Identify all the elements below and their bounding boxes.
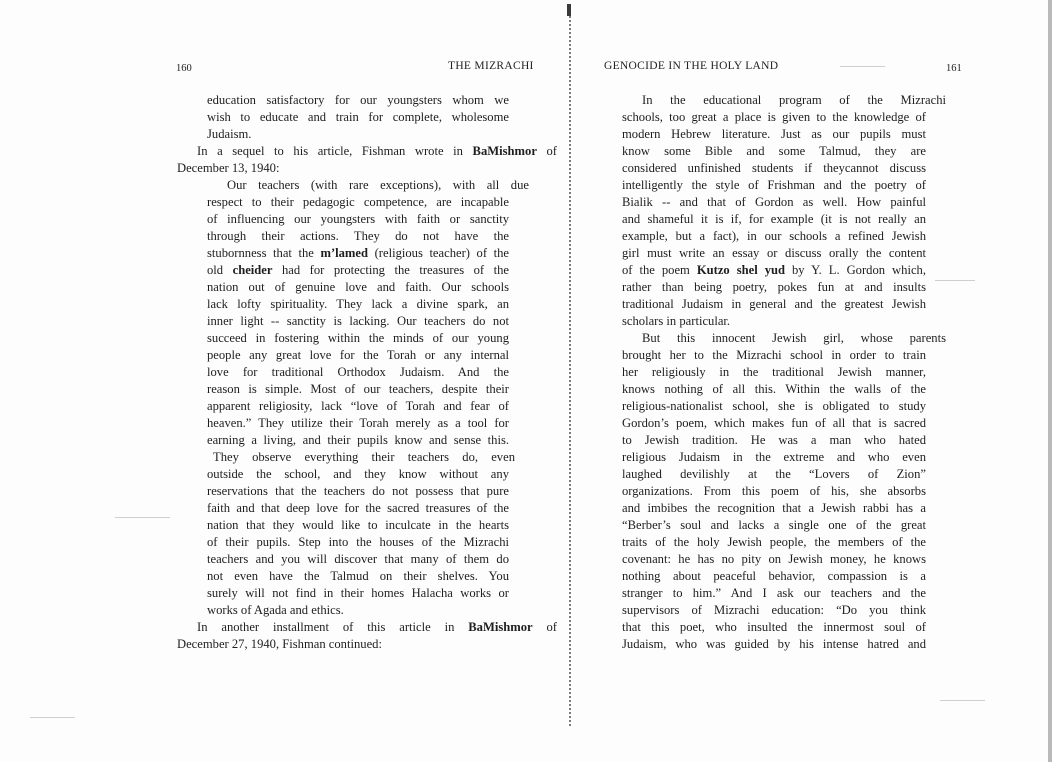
text-line: They observe everything their teachers d…: [207, 449, 515, 466]
text-line: traits of the holy Jewish people, the me…: [622, 534, 926, 551]
text-line: “Berber’s soul and lacks a single one of…: [622, 517, 926, 534]
body-text: In the educational program of the Mizrac…: [622, 92, 926, 653]
book-spread: 160 THE MIZRACHI education satisfactory …: [0, 0, 1052, 762]
text-line: heaven.” They utilize their Torah merely…: [207, 415, 509, 432]
text-line: wish to educate and train for complete, …: [207, 109, 509, 126]
text-line: religious Judaism in the extreme and who…: [622, 449, 926, 466]
text-line: works of Agada and ethics.: [207, 602, 509, 619]
block-quote: Our teachers (with rare exceptions), wit…: [177, 177, 537, 619]
text-line: surely will not find in their homes Hala…: [207, 585, 509, 602]
text-line: know some Bible and some Talmud, they ar…: [622, 143, 926, 160]
text-line: considered unfinished students if theyca…: [622, 160, 926, 177]
text-line: succeed in fostering within the minds of…: [207, 330, 509, 347]
text-line: covenant: he has no pity on Jewish money…: [622, 551, 926, 568]
text-line: intelligently the style of Frishman and …: [622, 177, 926, 194]
page-number: 160: [176, 63, 192, 74]
text-line: and shameful it is if, for example (it i…: [622, 211, 926, 228]
text-line: modern Hebrew literature. Just as our pu…: [622, 126, 926, 143]
running-head: THE MIZRACHI: [448, 60, 534, 72]
scan-speck: [30, 717, 75, 718]
text-line: December 13, 1940:: [177, 160, 537, 177]
text-line: reason is simple. Most of our teachers, …: [207, 381, 509, 398]
text-line: people any great love for the Torah or a…: [207, 347, 509, 364]
emphasized-title: BaMishmor: [468, 620, 532, 634]
page-number: 161: [946, 63, 962, 74]
text-line: respect to their pedagogic competence, a…: [207, 194, 509, 211]
text-line: rather than being poetry, pokes fun at a…: [622, 279, 926, 296]
text-line: of the poem Kutzo shel yud by Y. L. Gord…: [622, 262, 926, 279]
text-line: Our teachers (with rare exceptions), wit…: [207, 177, 529, 194]
text-line: lack lofty spirituality. They lack a div…: [207, 296, 509, 313]
text-line: through their actions. They do not have …: [207, 228, 509, 245]
text-line: stubornness that the m’lamed (religious …: [207, 245, 509, 262]
text-line: nation out of genuine love and faith. Ou…: [207, 279, 509, 296]
text-line: In the educational program of the Mizrac…: [622, 92, 946, 109]
gutter-binding-mark: [567, 4, 571, 16]
text-line: schools, too great a place is given to t…: [622, 109, 926, 126]
text-line: Bialik -- and that of Gordon as well. Ho…: [622, 194, 926, 211]
scan-speck: [840, 66, 885, 67]
text-line: example, but a fact), in our schools a r…: [622, 228, 926, 245]
text-line: faith and that deep love for the sacred …: [207, 500, 509, 517]
running-head: GENOCIDE IN THE HOLY LAND: [604, 60, 778, 72]
text-line: Gordon’s poem, which makes fun of all th…: [622, 415, 926, 432]
text-line: reservations that the teachers do not po…: [207, 483, 509, 500]
text-line: old cheider had for protecting the treas…: [207, 262, 509, 279]
text-line: December 27, 1940, Fishman continued:: [177, 636, 537, 653]
text-line: her religiously in the traditional Jewis…: [622, 364, 926, 381]
text-line: stranger to him.” And I ask our teachers…: [622, 585, 926, 602]
right-page-text: In the educational program of the Mizrac…: [622, 92, 926, 653]
text-line: outside the school, and they know withou…: [207, 466, 509, 483]
book-gutter: [569, 4, 571, 726]
text-line: Judaism, who was guided by his intense h…: [622, 636, 926, 653]
emphasized-title: Kutzo shel yud: [697, 263, 785, 277]
text-line: supervisors of Mizrachi education: “Do y…: [622, 602, 926, 619]
scan-speck: [935, 280, 975, 281]
scan-edge-strip: [1048, 0, 1052, 762]
body-paragraph: In a sequel to his article, Fishman wrot…: [177, 143, 537, 177]
text-line: religious-nationalist school, she is obl…: [622, 398, 926, 415]
text-line: In another installment of this article i…: [177, 619, 557, 636]
emphasized-title: m’lamed: [320, 246, 368, 260]
text-line: knows nothing of all this. Within the wa…: [622, 381, 926, 398]
text-line: In a sequel to his article, Fishman wrot…: [177, 143, 557, 160]
text-line: and imbibes the recognition that a Jewis…: [622, 500, 926, 517]
text-line: brought her to the Mizrachi school in or…: [622, 347, 926, 364]
text-line: girl must write an essay or discuss oral…: [622, 245, 926, 262]
text-line: love for traditional Orthodox Judaism. A…: [207, 364, 509, 381]
text-line: that this poet, who insulted the innermo…: [622, 619, 926, 636]
body-paragraph: In another installment of this article i…: [177, 619, 537, 653]
text-line: inner light -- sanctity is lacking. Our …: [207, 313, 509, 330]
text-line: scholars in particular.: [622, 313, 926, 330]
text-line: apparent religiosity, lack “love of Tora…: [207, 398, 509, 415]
emphasized-title: cheider: [233, 263, 273, 277]
text-line: of their pupils. Step into the houses of…: [207, 534, 509, 551]
text-line: earning a living, and their pupils know …: [207, 432, 509, 449]
text-line: of influencing our youngsters with faith…: [207, 211, 509, 228]
text-line: laughed devilishly at the “Lovers of Zio…: [622, 466, 926, 483]
text-line: nothing about peaceful behavior, compass…: [622, 568, 926, 585]
text-line: Judaism.: [207, 126, 509, 143]
scan-speck: [115, 517, 170, 518]
text-line: education satisfactory for our youngster…: [207, 92, 509, 109]
scan-speck: [940, 700, 985, 701]
left-page-text: education satisfactory for our youngster…: [177, 92, 537, 653]
emphasized-title: BaMishmor: [473, 144, 537, 158]
block-quote: education satisfactory for our youngster…: [177, 92, 537, 143]
text-line: not even have the Talmud on their shelve…: [207, 568, 509, 585]
text-line: But this innocent Jewish girl, whose par…: [622, 330, 946, 347]
text-line: organizations. From this poem of his, sh…: [622, 483, 926, 500]
text-line: nation that they would like to inculcate…: [207, 517, 509, 534]
text-line: to Jewish tradition. He was a man who ha…: [622, 432, 926, 449]
text-line: teachers and you will discover that many…: [207, 551, 509, 568]
text-line: traditional Judaism in general and the g…: [622, 296, 926, 313]
